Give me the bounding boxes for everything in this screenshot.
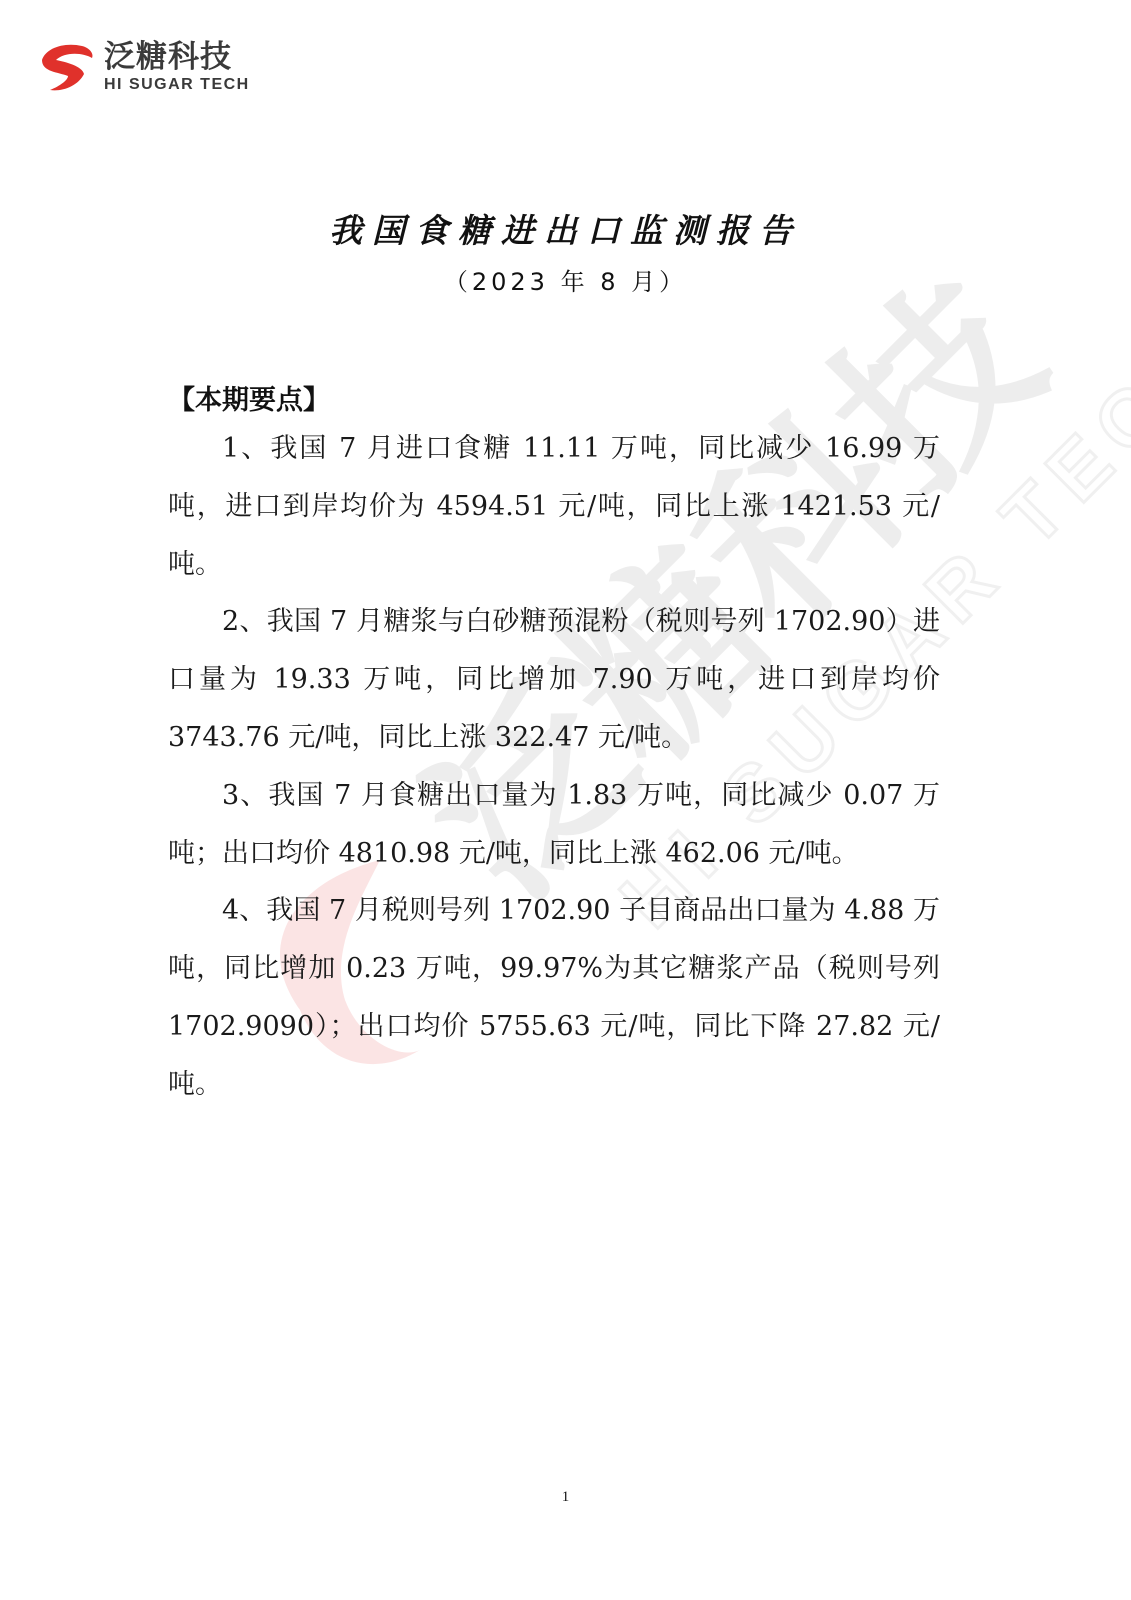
- section-heading: 【本期要点】: [168, 378, 330, 417]
- company-logo: 泛糖科技 HI SUGAR TECH: [38, 40, 250, 94]
- logo-text-en: HI SUGAR TECH: [104, 76, 250, 94]
- key-point-2: 2、我国 7 月糖浆与白砂糖预混粉（税则号列 1702.90）进口量为 19.3…: [168, 593, 940, 766]
- hi-sugar-logo-icon: [38, 40, 94, 94]
- key-point-3: 3、我国 7 月食糖出口量为 1.83 万吨，同比减少 0.07 万吨；出口均价…: [168, 767, 940, 883]
- key-point-1: 1、我国 7 月进口食糖 11.11 万吨，同比减少 16.99 万吨，进口到岸…: [168, 420, 940, 593]
- page-number: 1: [0, 1489, 1131, 1506]
- key-point-4: 4、我国 7 月税则号列 1702.90 子目商品出口量为 4.88 万吨，同比…: [168, 882, 940, 1113]
- logo-text-cn: 泛糖科技: [104, 40, 250, 74]
- report-date: （2023 年 8 月）: [0, 262, 1131, 297]
- key-points: 1、我国 7 月进口食糖 11.11 万吨，同比减少 16.99 万吨，进口到岸…: [168, 420, 940, 1114]
- report-title: 我国食糖进出口监测报告: [0, 205, 1131, 252]
